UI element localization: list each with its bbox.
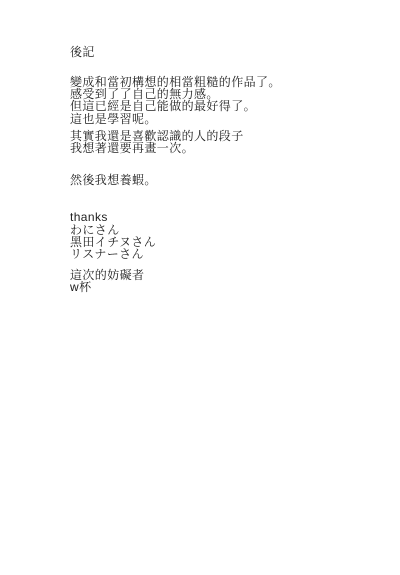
thanks-heading: thanks bbox=[70, 211, 360, 223]
thanks-name: わにさん bbox=[70, 224, 360, 236]
footer-line: 這次的妨礙者 bbox=[70, 269, 360, 281]
footer-line: w杯 bbox=[70, 281, 360, 293]
paragraph-shrimp: 然後我想養蝦。 bbox=[70, 174, 360, 186]
text-line: 但這已經是自己能做的最好得了。 bbox=[70, 100, 360, 112]
footer-note: 這次的妨礙者 w杯 bbox=[70, 269, 360, 293]
text-line: 這也是學習呢。 bbox=[70, 113, 360, 125]
paragraph-reflection: 變成和當初構想的相當粗糙的作品了。 感受到了了自己的無力感。 但這已經是自己能做… bbox=[70, 76, 360, 125]
thanks-name: リスナーさん bbox=[70, 248, 360, 260]
text-line: 我想著還要再畫一次。 bbox=[70, 142, 360, 154]
paragraph-next-work: 其實我還是喜歡認識的人的段子 我想著還要再畫一次。 bbox=[70, 130, 360, 154]
afterword-page: 後記 變成和當初構想的相當粗糙的作品了。 感受到了了自己的無力感。 但這已經是自… bbox=[0, 0, 400, 575]
text-line: 然後我想養蝦。 bbox=[70, 174, 360, 186]
afterword-content: 後記 變成和當初構想的相當粗糙的作品了。 感受到了了自己的無力感。 但這已經是自… bbox=[70, 46, 360, 294]
thanks-list: thanks わにさん 黑田イチヌさん リスナーさん bbox=[70, 211, 360, 260]
afterword-title: 後記 bbox=[70, 46, 360, 59]
